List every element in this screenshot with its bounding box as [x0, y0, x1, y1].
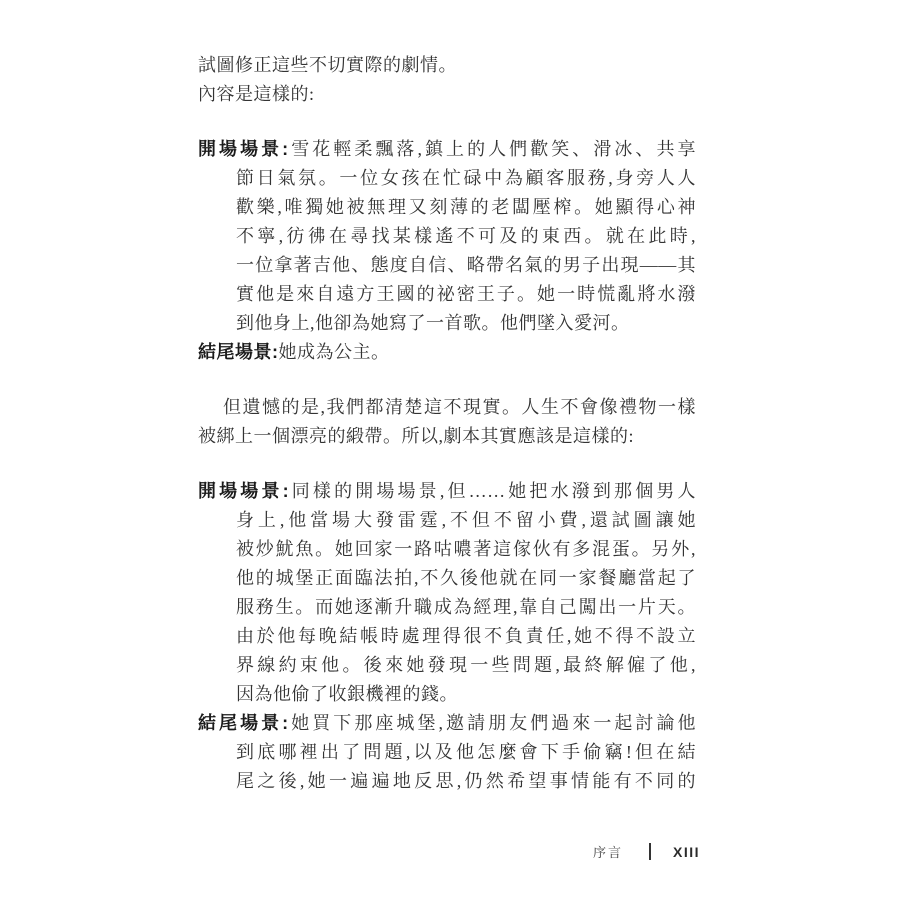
text-line: 結尾場景:她買下那座城堡,邀請朋友們過來一起討論他 [198, 709, 696, 738]
footer-divider [649, 843, 651, 860]
text-line: 尾之後,她一遍遍地反思,仍然希望事情能有不同的 [198, 767, 696, 796]
line-text: 由於他每晚結帳時處理得很不負責任,她不得不設立 [236, 626, 696, 646]
line-text: 被炒魷魚。她回家一路咕噥著這傢伙有多混蛋。另外, [236, 539, 696, 559]
text-line: 因為他偷了收銀機裡的錢。 [198, 680, 696, 709]
book-page: 試圖修正這些不切實際的劇情。 內容是這樣的: 開場場景:雪花輕柔飄落,鎮上的人們… [0, 0, 900, 900]
text-line: 結尾場景:她成為公主。 [198, 338, 696, 367]
line-text: 不寧,彷彿在尋找某樣遙不可及的東西。就在此時, [236, 226, 696, 246]
page-body-text: 試圖修正這些不切實際的劇情。 內容是這樣的: 開場場景:雪花輕柔飄落,鎮上的人們… [198, 51, 696, 796]
scenario-realistic-block: 開場場景:同樣的開場場景,但……她把水潑到那個男人 身上,他當場大發雷霆,不但不… [198, 477, 696, 796]
text-line: 內容是這樣的: [198, 80, 696, 109]
line-text: 歡樂,唯獨她被無理又刻薄的老闆壓榨。她顯得心神 [236, 197, 696, 217]
scene-label: 開場場景: [198, 481, 289, 501]
line-text: 到底哪裡出了問題,以及他怎麼會下手偷竊!但在結 [236, 742, 696, 762]
text-line: 身上,他當場大發雷霆,不但不留小費,還試圖讓她 [198, 506, 696, 535]
text-line: 被炒魷魚。她回家一路咕噥著這傢伙有多混蛋。另外, [198, 535, 696, 564]
text-line: 開場場景:雪花輕柔飄落,鎮上的人們歡笑、滑冰、共享 [198, 135, 696, 164]
text-line: 界線約束他。後來她發現一些問題,最終解僱了他, [198, 651, 696, 680]
scene-label: 結尾場景: [198, 342, 279, 362]
line-text: 界線約束他。後來她發現一些問題,最終解僱了他, [236, 655, 696, 675]
text-line: 試圖修正這些不切實際的劇情。 [198, 51, 696, 80]
line-text: 實他是來自遠方王國的祕密王子。她一時慌亂將水潑 [236, 284, 696, 304]
line-text: 服務生。而她逐漸升職成為經理,靠自己闖出一片天。 [236, 597, 696, 617]
line-text: 到他身上,他卻為她寫了一首歌。他們墜入愛河。 [236, 313, 630, 333]
text-line: 歡樂,唯獨她被無理又刻薄的老闆壓榨。她顯得心神 [198, 193, 696, 222]
text-line: 被綁上一個漂亮的緞帶。所以,劇本其實應該是這樣的: [198, 422, 696, 451]
line-text: 內容是這樣的: [198, 84, 315, 104]
line-text: 被綁上一個漂亮的緞帶。所以,劇本其實應該是這樣的: [198, 426, 634, 446]
line-text: 但遺憾的是,我們都清楚這不現實。人生不會像禮物一樣 [223, 397, 696, 417]
text-line: 服務生。而她逐漸升職成為經理,靠自己闖出一片天。 [198, 593, 696, 622]
line-text: 雪花輕柔飄落,鎮上的人們歡笑、滑冰、共享 [289, 139, 696, 159]
line-text: 她成為公主。 [279, 342, 390, 362]
line-text: 試圖修正這些不切實際的劇情。 [198, 55, 457, 75]
text-line: 不寧,彷彿在尋找某樣遙不可及的東西。就在此時, [198, 222, 696, 251]
text-line: 開場場景:同樣的開場場景,但……她把水潑到那個男人 [198, 477, 696, 506]
page-footer: 序言 XIII [593, 842, 700, 861]
text-line: 但遺憾的是,我們都清楚這不現實。人生不會像禮物一樣 [198, 393, 696, 422]
line-text: 身上,他當場大發雷霆,不但不留小費,還試圖讓她 [236, 510, 696, 530]
line-text: 她買下那座城堡,邀請朋友們過來一起討論他 [289, 713, 696, 733]
text-line: 到底哪裡出了問題,以及他怎麼會下手偷竊!但在結 [198, 738, 696, 767]
scene-label: 結尾場景: [198, 713, 289, 733]
text-line: 到他身上,他卻為她寫了一首歌。他們墜入愛河。 [198, 309, 696, 338]
scenario-fantasy-block: 開場場景:雪花輕柔飄落,鎮上的人們歡笑、滑冰、共享 節日氣氛。一位女孩在忙碌中為… [198, 135, 696, 367]
line-text: 尾之後,她一遍遍地反思,仍然希望事情能有不同的 [236, 771, 696, 791]
footer-page-number: XIII [673, 844, 700, 860]
text-line: 由於他每晚結帳時處理得很不負責任,她不得不設立 [198, 622, 696, 651]
interlude-paragraph: 但遺憾的是,我們都清楚這不現實。人生不會像禮物一樣 被綁上一個漂亮的緞帶。所以,… [198, 393, 696, 451]
text-line: 一位拿著吉他、態度自信、略帶名氣的男子出現——其 [198, 251, 696, 280]
line-text: 同樣的開場場景,但……她把水潑到那個男人 [289, 481, 696, 501]
line-text: 一位拿著吉他、態度自信、略帶名氣的男子出現——其 [236, 255, 696, 275]
line-text: 因為他偷了收銀機裡的錢。 [236, 684, 458, 704]
text-line: 節日氣氛。一位女孩在忙碌中為顧客服務,身旁人人 [198, 164, 696, 193]
text-line: 他的城堡正面臨法拍,不久後他就在同一家餐廳當起了 [198, 564, 696, 593]
footer-section-label: 序言 [593, 842, 623, 861]
line-text: 他的城堡正面臨法拍,不久後他就在同一家餐廳當起了 [236, 568, 696, 588]
text-line: 實他是來自遠方王國的祕密王子。她一時慌亂將水潑 [198, 280, 696, 309]
intro-paragraph: 試圖修正這些不切實際的劇情。 內容是這樣的: [198, 51, 696, 109]
line-text: 節日氣氛。一位女孩在忙碌中為顧客服務,身旁人人 [236, 168, 696, 188]
scene-label: 開場場景: [198, 139, 289, 159]
